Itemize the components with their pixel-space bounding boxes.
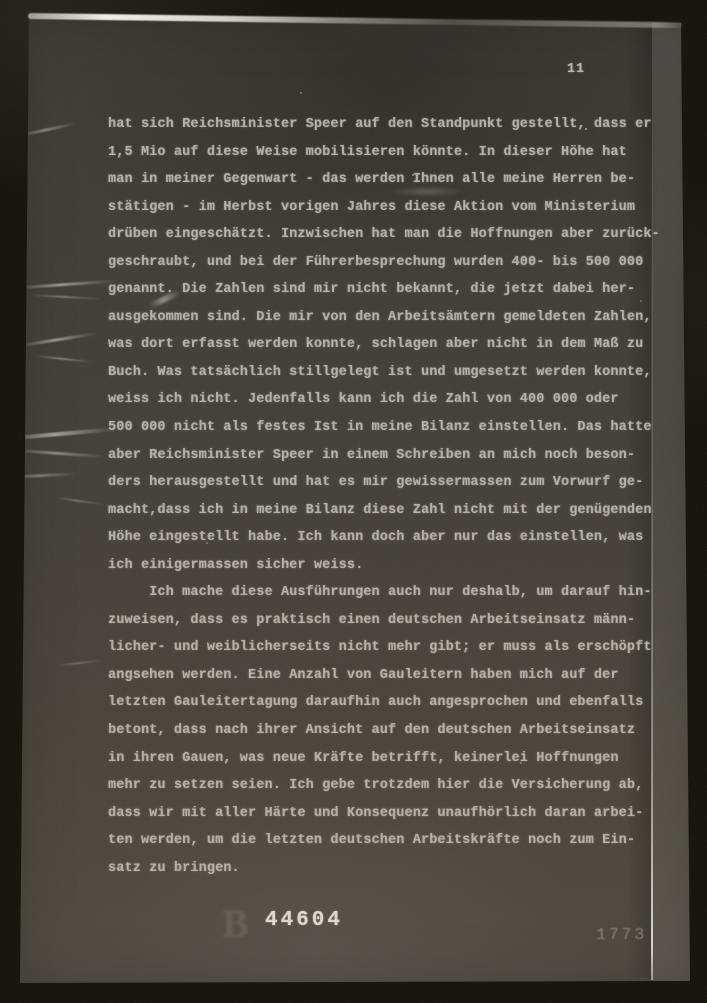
text-line: dass wir mit aller Härte und Konsequenz … [108, 806, 668, 834]
text-line: satz zu bringen. [108, 861, 668, 889]
text-line: ten werden, um die letzten deutschen Arb… [108, 833, 668, 861]
text-line: letzten Gauleitertagung daraufhin auch a… [108, 695, 668, 723]
stamp-number: 44604 [265, 909, 343, 932]
text-line: hat sich Reichsminister Speer auf den St… [108, 117, 668, 145]
crease-mark [14, 449, 106, 458]
scan-background: 11 hat sich Reichsminister Speer auf den… [0, 0, 707, 1003]
text-line: was dort erfasst werden konnte, schlagen… [108, 337, 668, 365]
text-line: licher- und weiblicherseits nicht mehr g… [108, 640, 668, 668]
text-line: Ich mache diese Ausführungen auch nur de… [108, 585, 668, 613]
text-line: 1,5 Mio auf diese Weise mobilisieren kön… [108, 145, 668, 173]
text-line: weiss ich nicht. Jedenfalls kann ich die… [108, 392, 668, 420]
crease-mark [34, 355, 94, 363]
document-page: 11 hat sich Reichsminister Speer auf den… [0, 0, 707, 1003]
text-line: Buch. Was tatsächlich stillgelegt ist un… [108, 365, 668, 393]
crease-mark [55, 497, 103, 506]
text-line: 500 000 nicht als festes Ist in meine Bi… [108, 420, 668, 448]
crease-mark [16, 280, 116, 290]
document-text: hat sich Reichsminister Speer auf den St… [108, 117, 668, 888]
crease-mark [30, 294, 102, 300]
crease-mark [4, 427, 116, 441]
ghost-stamp: B [222, 900, 249, 947]
text-line: betont, dass nach ihrer Ansicht auf den … [108, 723, 668, 751]
archive-number: 1773 [596, 926, 647, 945]
text-line: ders herausgestellt und hat es mir gewis… [108, 475, 668, 503]
text-line: in ihren Gauen, was neue Kräfte betrifft… [108, 751, 668, 779]
text-line: genannt. Die Zahlen sind mir nicht bekan… [108, 282, 668, 310]
text-line: aber Reichsminister Speer in einem Schre… [108, 448, 668, 476]
text-line: drüben eingeschätzt. Inzwischen hat man … [108, 227, 668, 255]
text-line: stätigen - im Herbst vorigen Jahres dies… [108, 200, 668, 228]
text-line: Höhe eingestellt habe. Ich kann doch abe… [108, 530, 668, 558]
text-line: man in meiner Gegenwart - das werden Ihn… [108, 172, 668, 200]
crease-mark [18, 122, 77, 137]
crease-mark [20, 332, 98, 347]
page-number: 11 [567, 62, 585, 77]
text-line: ich einigermassen sicher weiss. [108, 558, 668, 586]
crease-mark [58, 660, 102, 667]
text-line: ausgekommen sind. Die mir von den Arbeit… [108, 310, 668, 338]
dust-specks [0, 0, 2, 2]
text-line: geschraubt, und bei der Führerbesprechun… [108, 255, 668, 283]
text-line: zuweisen, dass es praktisch einen deutsc… [108, 613, 668, 641]
text-line: mehr zu setzen seien. Ich gebe trotzdem … [108, 778, 668, 806]
crease-mark [8, 472, 78, 479]
text-line: angsehen werden. Eine Anzahl von Gauleit… [108, 668, 668, 696]
text-line: macht,dass ich in meine Bilanz diese Zah… [108, 503, 668, 531]
